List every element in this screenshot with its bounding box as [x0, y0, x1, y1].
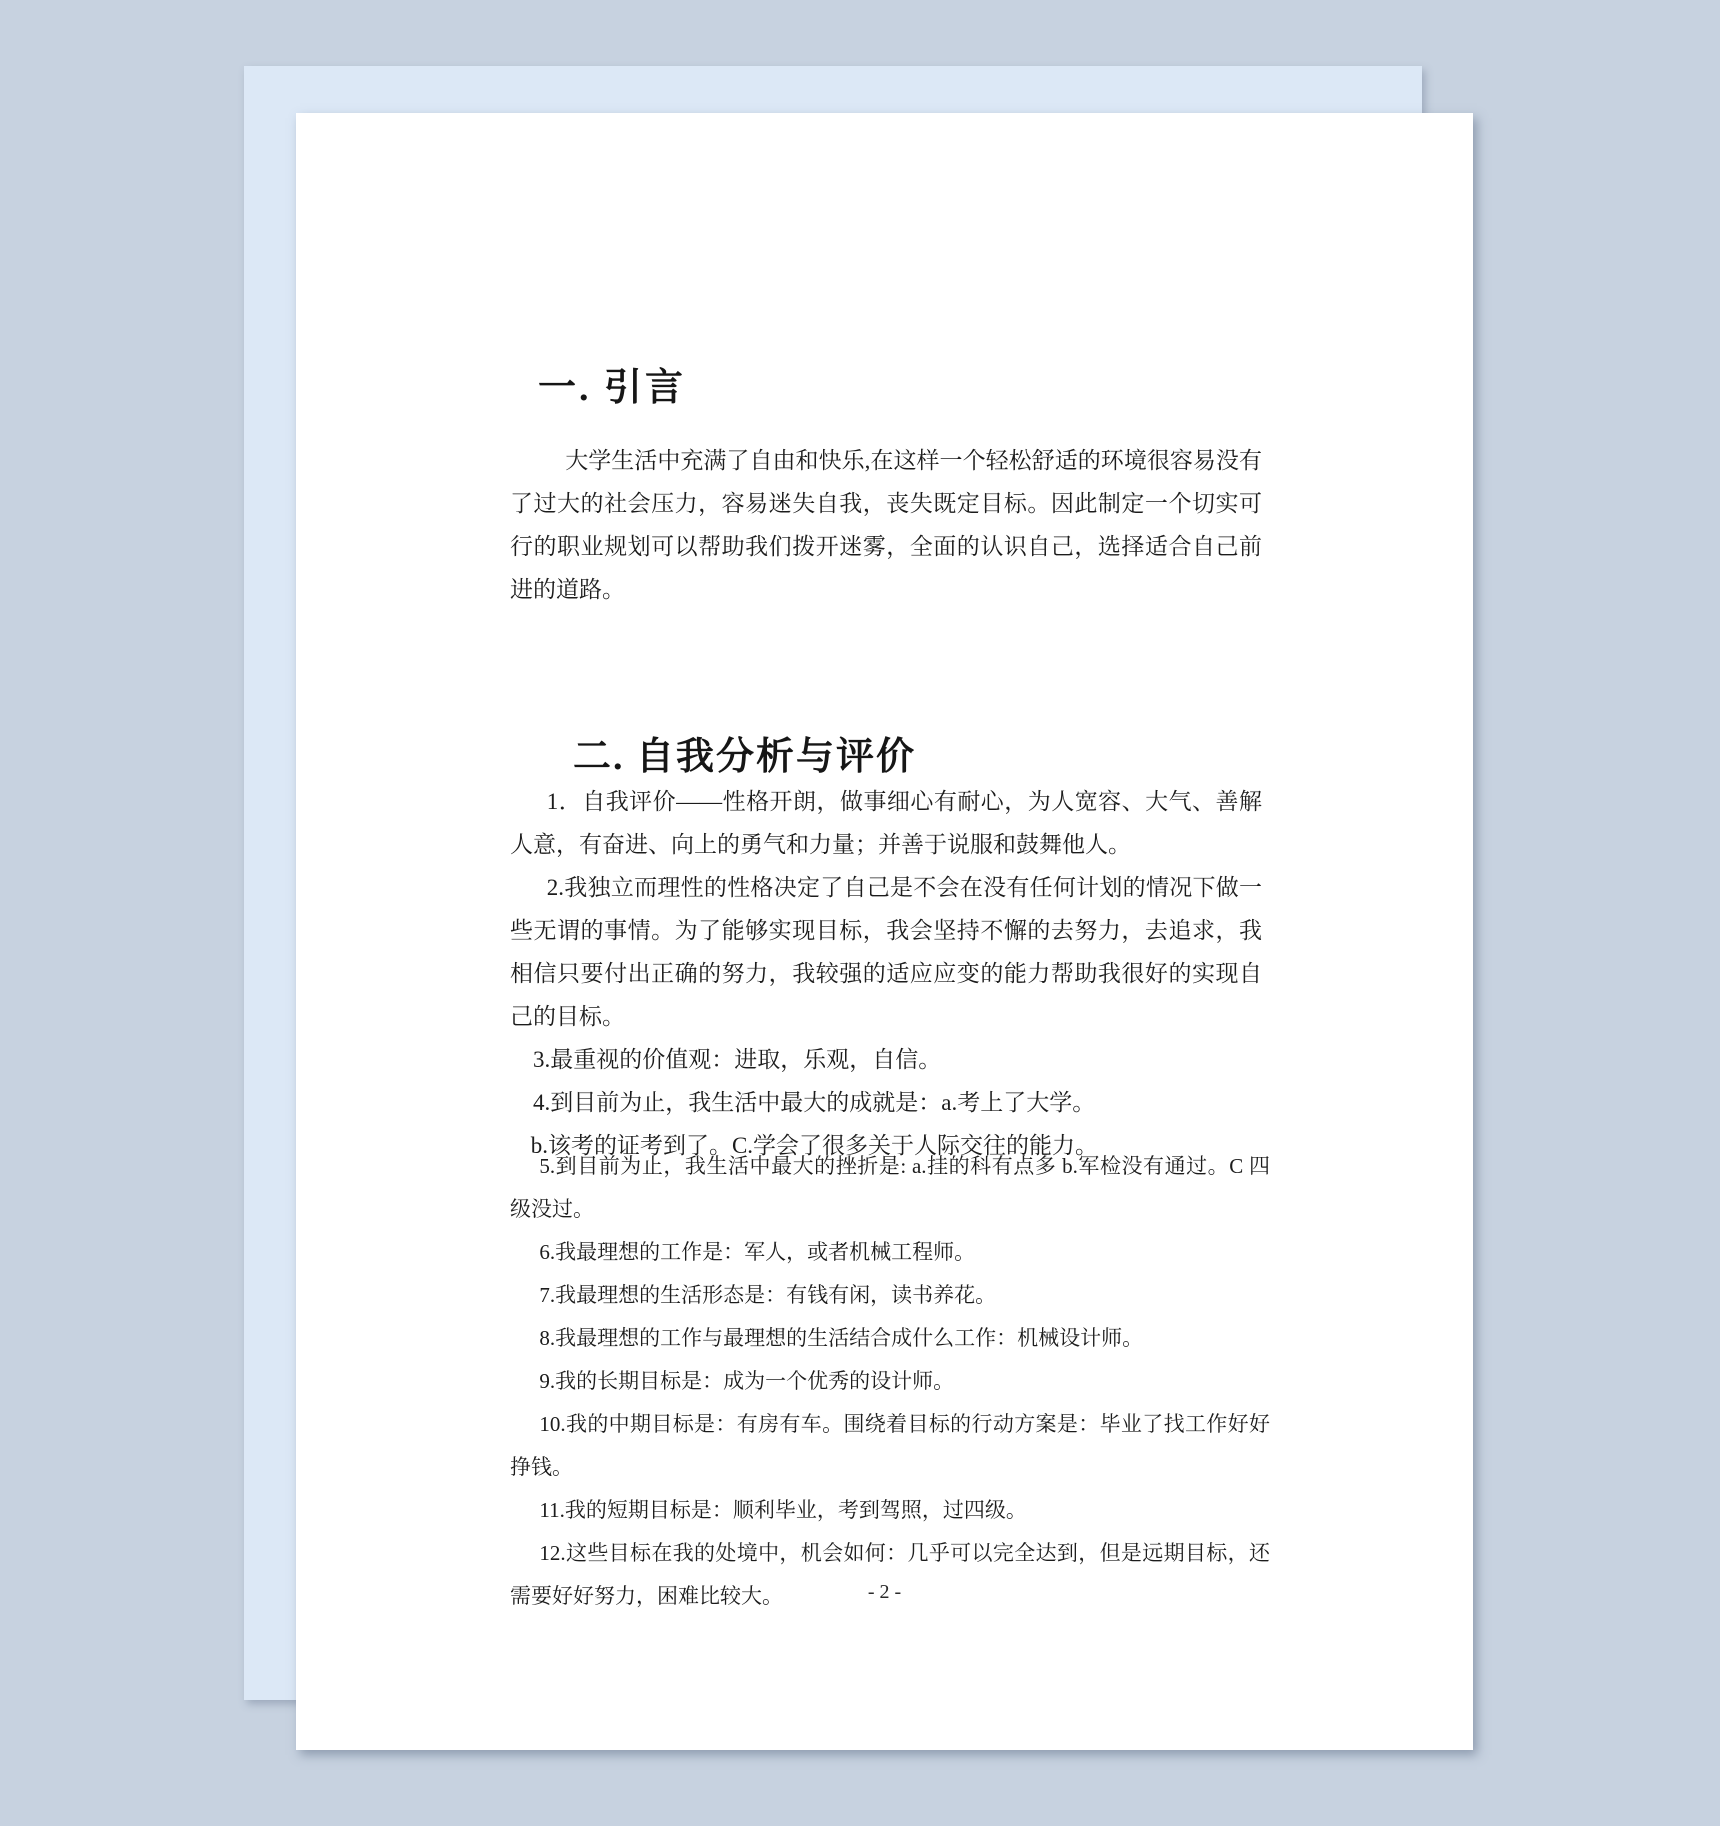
list-item: 9.我的长期目标是：成为一个优秀的设计师。	[510, 1360, 1270, 1403]
list-item: 3.最重视的价值观：进取，乐观，自信。	[510, 1038, 1262, 1081]
list-item: 11.我的短期目标是：顺利毕业，考到驾照，过四级。	[510, 1489, 1270, 1532]
self-analysis-items: 1．自我评价——性格开朗，做事细心有耐心，为人宽容、大气、善解人意，有奋进、向上…	[510, 780, 1262, 1167]
list-item: 10.我的中期目标是：有房有车。围绕着目标的行动方案是：毕业了找工作好好挣钱。	[510, 1403, 1270, 1489]
section-heading-self-analysis: 二. 自我分析与评价	[573, 725, 916, 780]
list-item: 8.我最理想的工作与最理想的生活结合成什么工作：机械设计师。	[510, 1317, 1270, 1360]
list-item: 12.这些目标在我的处境中，机会如何：几乎可以完全达到，但是远期目标，还需要好好…	[510, 1532, 1270, 1618]
list-item: 7.我最理想的生活形态是：有钱有闲，读书养花。	[510, 1274, 1270, 1317]
list-item: 1．自我评价——性格开朗，做事细心有耐心，为人宽容、大气、善解人意，有奋进、向上…	[510, 780, 1262, 866]
list-item: 2.我独立而理性的性格决定了自己是不会在没有任何计划的情况下做一些无谓的事情。为…	[510, 866, 1262, 1038]
document-page: 一. 引言 大学生活中充满了自由和快乐,在这样一个轻松舒适的环境很容易没有了过大…	[296, 113, 1473, 1750]
section-heading-introduction: 一. 引言	[538, 356, 686, 411]
list-item: 6.我最理想的工作是：军人，或者机械工程师。	[510, 1231, 1270, 1274]
self-analysis-small-items: 5.到目前为止，我生活中最大的挫折是: a.挂的科有点多 b.军检没有通过。C …	[510, 1145, 1270, 1618]
page-number: - 2 -	[296, 1581, 1473, 1604]
list-item: 5.到目前为止，我生活中最大的挫折是: a.挂的科有点多 b.军检没有通过。C …	[510, 1145, 1270, 1231]
list-item: 4.到目前为止，我生活中最大的成就是：a.考上了大学。	[510, 1081, 1262, 1124]
introduction-paragraph: 大学生活中充满了自由和快乐,在这样一个轻松舒适的环境很容易没有了过大的社会压力，…	[510, 439, 1262, 611]
document-viewer-canvas: 一. 引言 大学生活中充满了自由和快乐,在这样一个轻松舒适的环境很容易没有了过大…	[0, 0, 1720, 1826]
